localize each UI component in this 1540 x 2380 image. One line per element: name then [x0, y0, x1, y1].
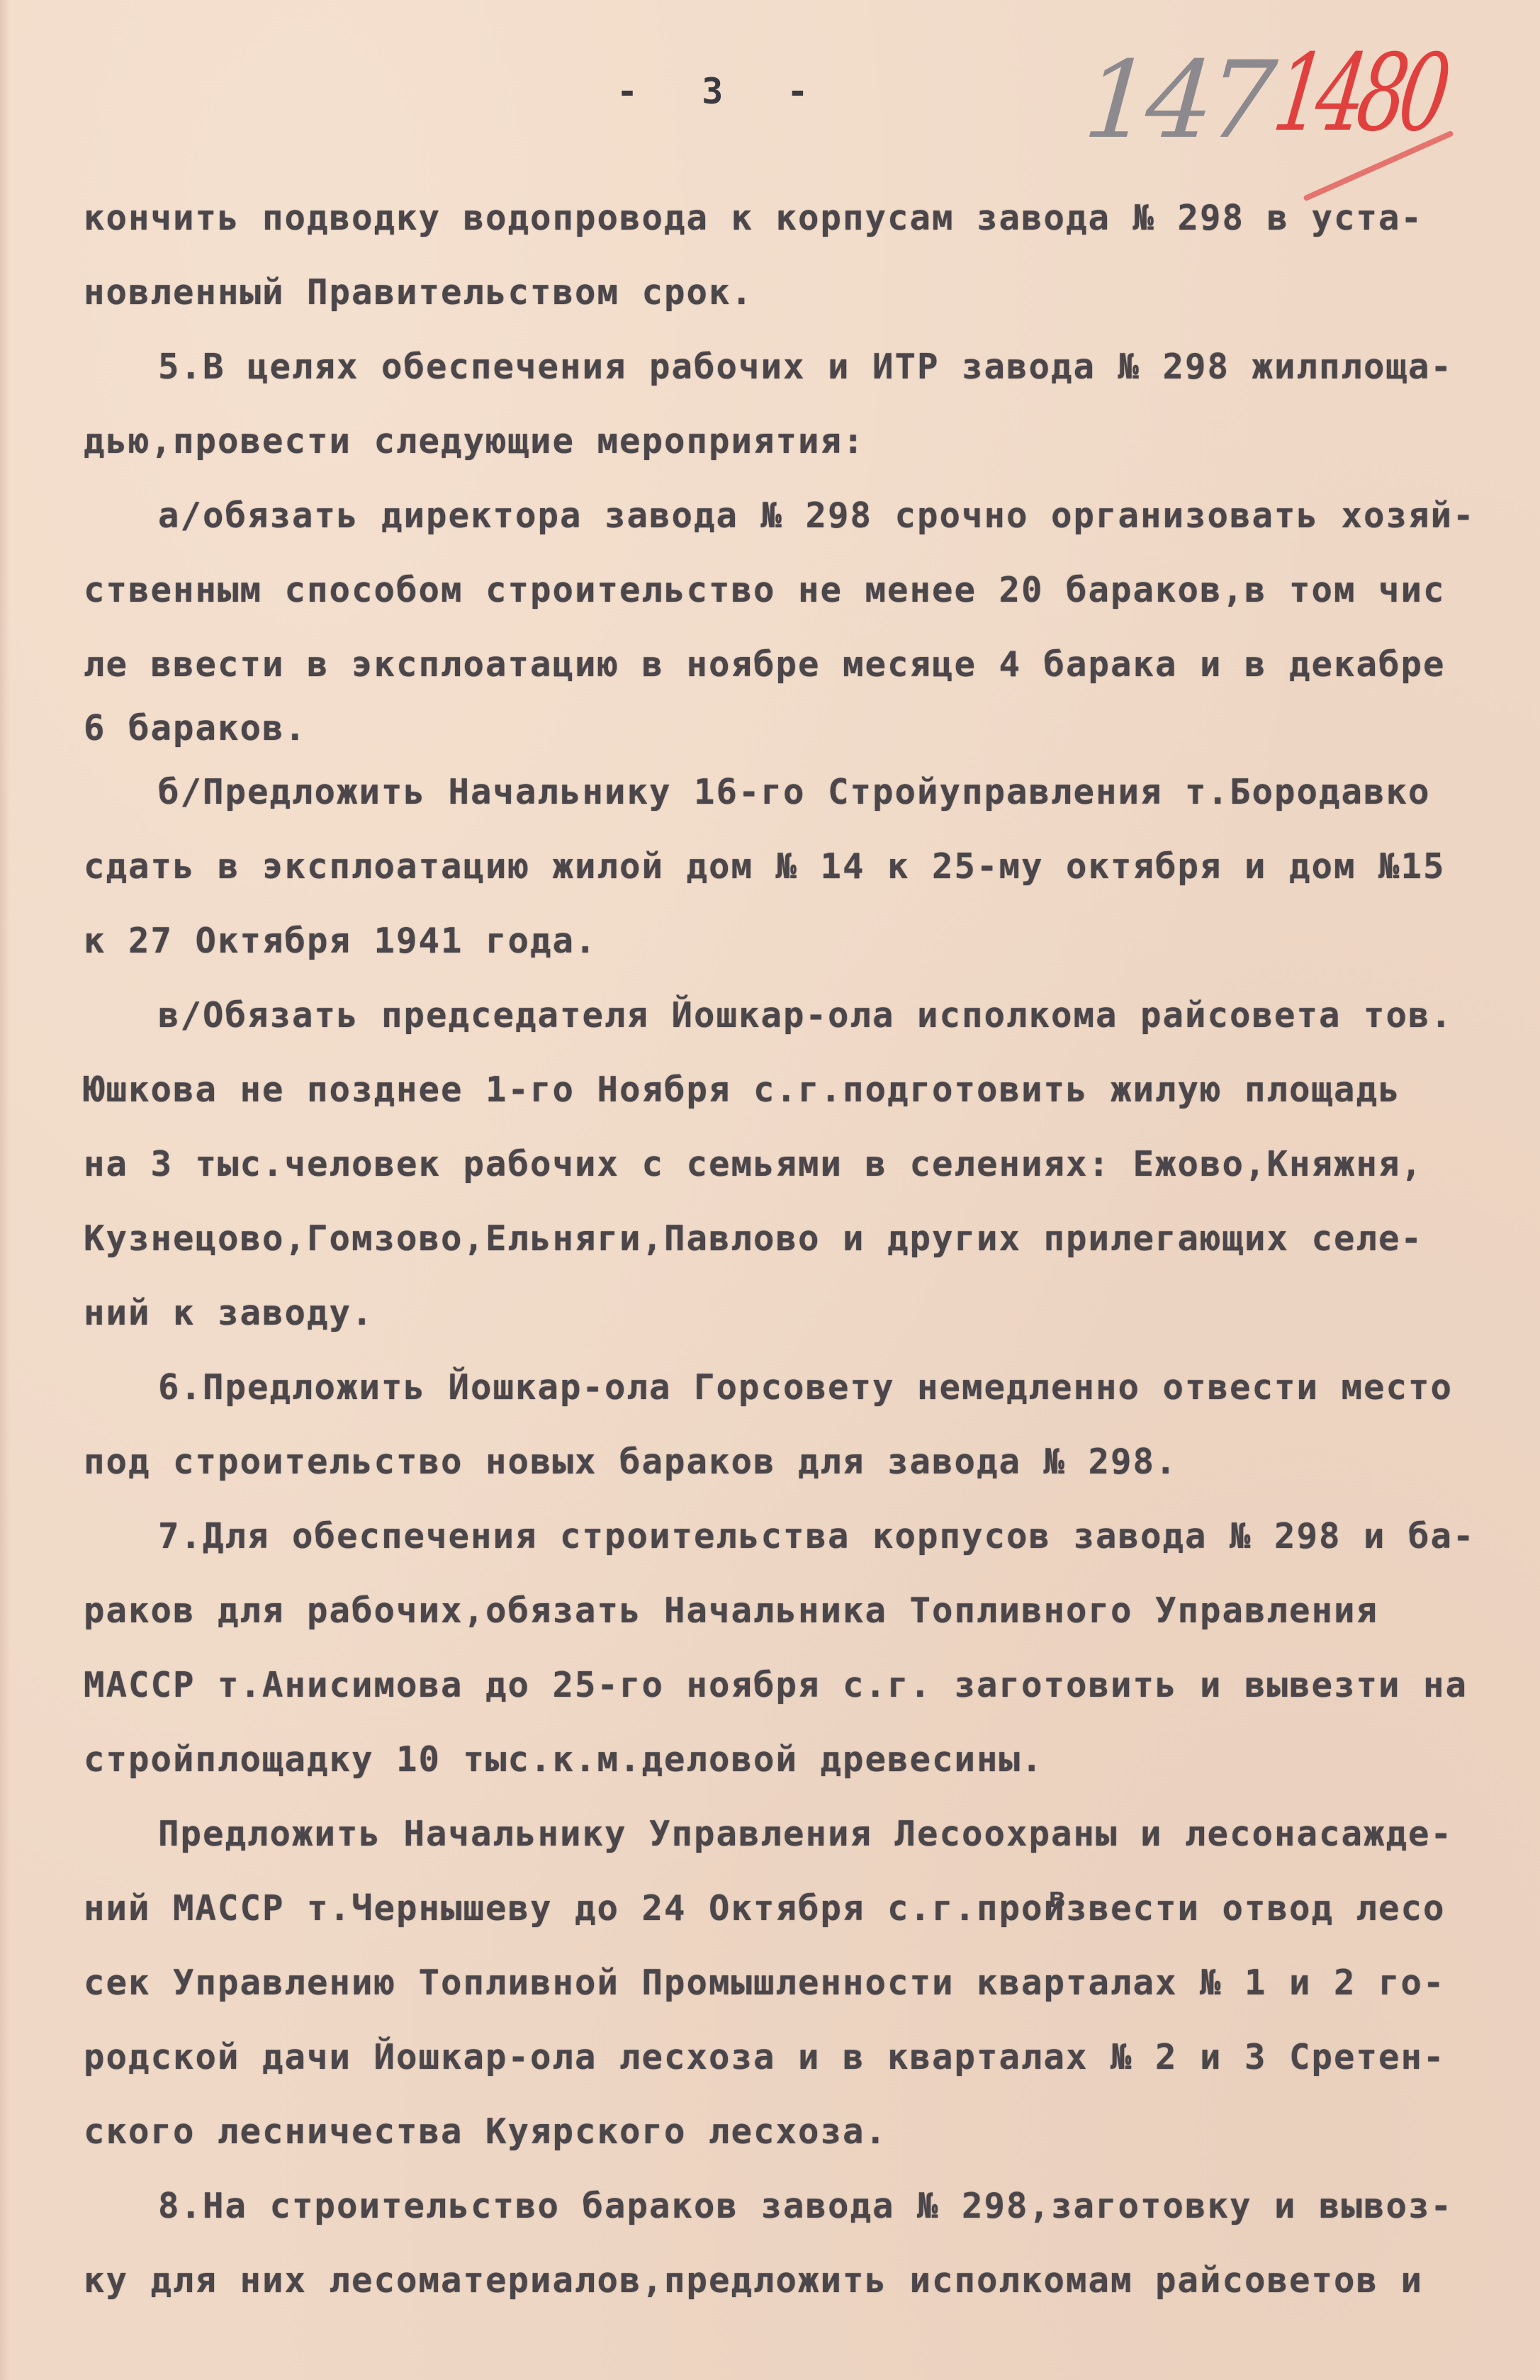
- typewritten-body: кончить подводку водопровода к корпусам …: [84, 181, 1508, 2318]
- text-line: ского лесничества Куярского лесхоза.: [84, 2094, 1508, 2169]
- text-line: родской дачи Йошкар-ола лесхоза и в квар…: [84, 2020, 1508, 2094]
- text-line: 6.Предложить Йошкар-ола Горсовету немедл…: [84, 1350, 1508, 1425]
- text-line: стройплощадку 10 тыс.к.м.деловой древеси…: [84, 1722, 1508, 1797]
- text-line: сдать в эксплоатацию жилой дом № 14 к 25…: [84, 829, 1508, 904]
- text-line: новленный Правительством срок.: [84, 255, 1508, 330]
- text-line: Кузнецово,Гомзово,Ельняги,Павлово и друг…: [84, 1201, 1508, 1276]
- text-line: 6 бараков.: [84, 702, 1508, 755]
- text-line: кончить подводку водопровода к корпусам …: [84, 181, 1508, 255]
- text-line: ний к заводу.: [84, 1276, 1508, 1350]
- text-line: ний МАССР т.Чернышеву до 24 Октября с.г.…: [84, 1871, 1508, 1946]
- text-line: раков для рабочих,обязать Начальника Топ…: [84, 1573, 1508, 1648]
- text-line: 5.В целях обеспечения рабочих и ИТР заво…: [84, 330, 1508, 404]
- text-line: а/обязать директора завода № 298 срочно …: [84, 478, 1508, 553]
- text-line: 8.На строительство бараков завода № 298,…: [84, 2169, 1508, 2243]
- text-line: на 3 тыс.человек рабочих с семьями в сел…: [84, 1127, 1508, 1201]
- archive-folio-marks: 147 1480: [1084, 11, 1453, 188]
- page-number: - 3 -: [617, 71, 830, 112]
- text-line: ле ввести в эксплоатацию в ноябре месяце…: [84, 627, 1508, 702]
- page-edge-shadow: [0, 0, 10, 2380]
- text-line: б/Предложить Начальнику 16-го Стройуправ…: [84, 755, 1508, 829]
- red-folio-number: 1480: [1267, 32, 1451, 155]
- text-line: ственным способом строительство не менее…: [84, 553, 1508, 627]
- text-line: Юшкова не позднее 1-го Ноября с.г.подгот…: [84, 1053, 1508, 1127]
- text-line: Предложить Начальнику Управления Лесоохр…: [84, 1797, 1508, 1871]
- text-line: в/Обязать председателя Йошкар-ола исполк…: [84, 978, 1508, 1053]
- text-line: МАССР т.Анисимова до 25-го ноября с.г. з…: [84, 1648, 1508, 1722]
- pencil-folio-number: 147: [1080, 39, 1274, 162]
- text-line: 7.Для обеспечения строительства корпусов…: [84, 1499, 1508, 1573]
- text-line: под строительство новых бараков для заво…: [84, 1425, 1508, 1499]
- text-line: сек Управлению Топливной Промышленности …: [84, 1946, 1508, 2020]
- text-line: дью,провести следующие мероприятия:: [84, 404, 1508, 478]
- text-line: к 27 Октября 1941 года.: [84, 904, 1508, 978]
- handwritten-insertion: в: [1049, 1882, 1066, 1914]
- text-line: ку для них лесоматериалов,предложить исп…: [84, 2243, 1508, 2318]
